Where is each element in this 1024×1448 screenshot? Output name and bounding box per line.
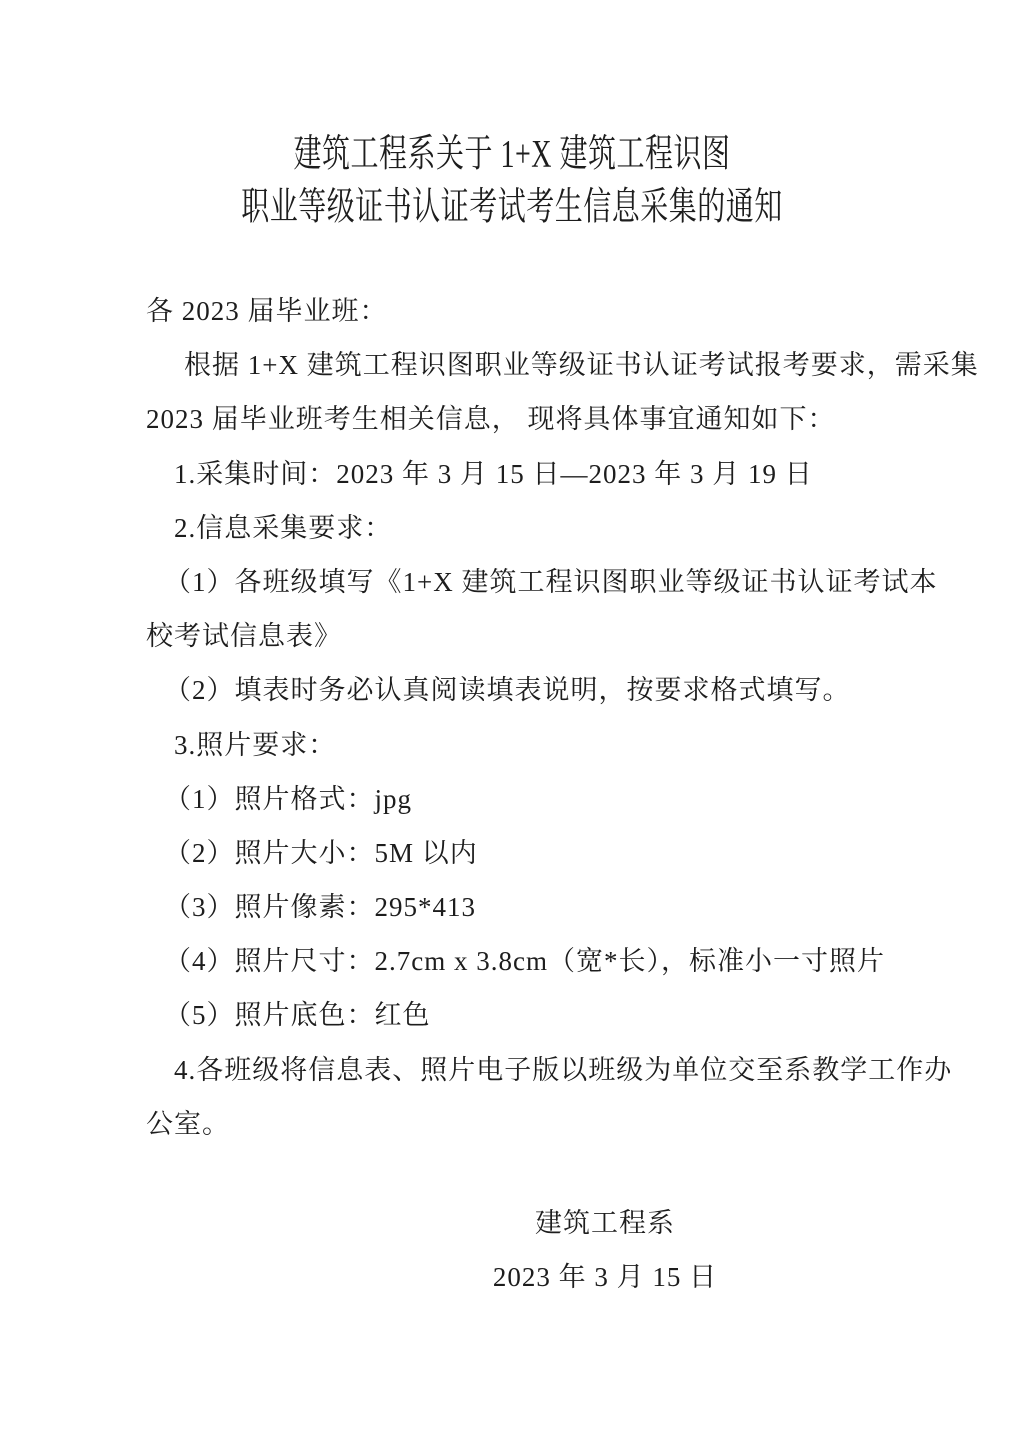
document-title-line-1: 建筑工程系关于 1+X 建筑工程识图 xyxy=(0,128,1024,183)
document-body: 各 2023 届毕业班：根据 1+X 建筑工程识图职业等级证书认证考试报考要求，… xyxy=(146,284,894,1151)
body-text-line: 1.采集时间：2023 年 3 月 15 日—2023 年 3 月 19 日 xyxy=(146,447,894,501)
body-text-line: （5）照片底色：红色 xyxy=(146,988,894,1042)
body-text-line: （2）照片大小：5M 以内 xyxy=(146,826,894,880)
body-text-line: 2.信息采集要求： xyxy=(146,501,894,555)
body-text-line: 根据 1+X 建筑工程识图职业等级证书认证考试报考要求，需采集 xyxy=(146,338,894,392)
body-text-line: 2023 届毕业班考生相关信息， 现将具体事宜通知如下： xyxy=(146,392,894,446)
body-text-line: 公室。 xyxy=(146,1097,894,1151)
body-text-line: 4.各班级将信息表、照片电子版以班级为单位交至系教学工作办 xyxy=(146,1043,894,1097)
body-text-line: 校考试信息表》 xyxy=(146,609,894,663)
signature-department: 建筑工程系 xyxy=(93,1196,1024,1250)
body-text-line: 各 2023 届毕业班： xyxy=(146,284,894,338)
body-text-line: （3）照片像素：295*413 xyxy=(146,880,894,934)
signature-date: 2023 年 3 月 15 日 xyxy=(93,1250,1024,1304)
signature-block: 建筑工程系 2023 年 3 月 15 日 xyxy=(93,1196,1024,1304)
body-text-line: （4）照片尺寸：2.7cm x 3.8cm（宽*长），标准小一寸照片 xyxy=(146,934,894,988)
body-text-line: 3.照片要求： xyxy=(146,718,894,772)
body-text-line: （2）填表时务必认真阅读填表说明，按要求格式填写。 xyxy=(146,663,894,717)
document-page: 建筑工程系关于 1+X 建筑工程识图 职业等级证书认证考试考生信息采集的通知 各… xyxy=(0,0,1024,1448)
body-text-line: （1）照片格式：jpg xyxy=(146,772,894,826)
body-text-line: （1）各班级填写《1+X 建筑工程识图职业等级证书认证考试本 xyxy=(146,555,894,609)
document-title-line-2: 职业等级证书认证考试考生信息采集的通知 xyxy=(0,181,1024,236)
